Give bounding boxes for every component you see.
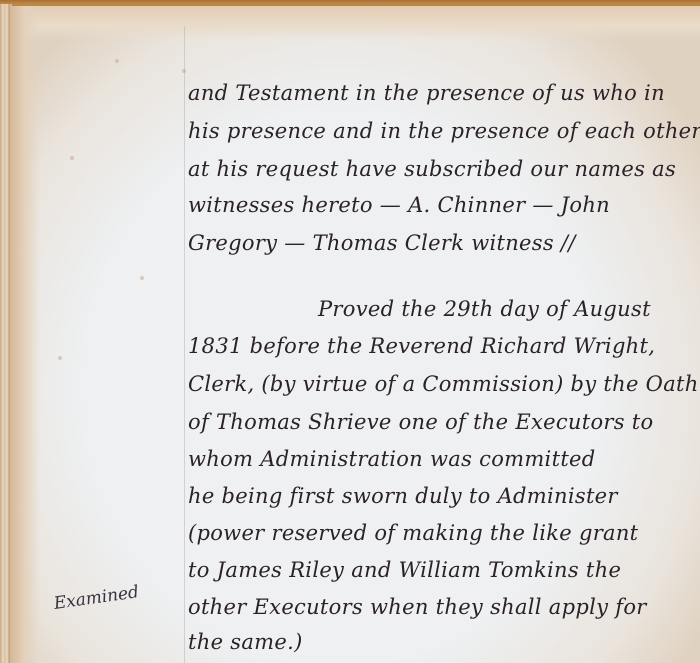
foxing-spot [58, 356, 62, 360]
text-line: at his request have subscribed our names… [188, 154, 676, 184]
top-stain [10, 6, 700, 40]
margin-rule-line [184, 26, 185, 663]
text-line: whom Administration was committed [188, 444, 596, 474]
text-line: witnesses hereto — A. Chinner — John [188, 190, 610, 220]
text-line: and Testament in the presence of us who … [188, 78, 665, 108]
margin-note-examined: Examined [53, 582, 141, 614]
text-line: Clerk, (by virtue of a Commission) by th… [188, 369, 699, 399]
document-page: and Testament in the presence of us who … [10, 6, 700, 663]
foxing-spot [115, 59, 119, 63]
text-line: other Executors when they shall apply fo… [188, 592, 647, 622]
left-binding-stain [10, 6, 40, 663]
foxing-spot [70, 156, 74, 160]
text-line: (power reserved of making the like grant [188, 518, 638, 548]
text-line: Gregory — Thomas Clerk witness // [188, 228, 576, 258]
foxing-spot [140, 276, 144, 280]
text-line: he being first sworn duly to Administer [188, 481, 618, 511]
text-line: 1831 before the Reverend Richard Wright, [188, 331, 655, 361]
text-line: his presence and in the presence of each… [188, 116, 700, 146]
text-line: the same.) [188, 627, 303, 657]
text-line: of Thomas Shrieve one of the Executors t… [188, 407, 653, 437]
foxing-spot [182, 69, 186, 73]
text-line: Proved the 29th day of August [318, 294, 651, 324]
text-line: to James Riley and William Tomkins the [188, 555, 621, 585]
